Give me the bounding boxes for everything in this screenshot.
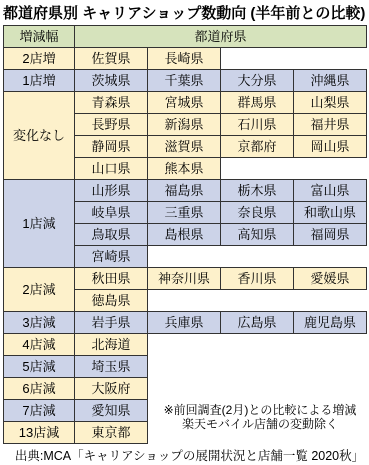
prefecture-cell: 新潟県: [148, 114, 221, 136]
prefecture-cell: 鳥取県: [75, 224, 148, 246]
empty-cell: [221, 48, 294, 70]
prefecture-cell: 高知県: [221, 224, 294, 246]
source-line: 出典:MCA「キャリアショップの展開状況と店舗一覧 2020秋」: [0, 446, 369, 464]
change-label-cell: 2店減: [4, 268, 75, 312]
empty-cell: [221, 246, 294, 268]
footnote-line-1: ※前回調査(2月)との比較による増減: [153, 404, 367, 418]
prefecture-cell: 長野県: [75, 114, 148, 136]
prefecture-cell: 福島県: [148, 180, 221, 202]
prefecture-cell: 香川県: [221, 268, 294, 290]
prefecture-cell: 愛知県: [75, 400, 148, 422]
prefecture-cell: 山形県: [75, 180, 148, 202]
empty-cell: [294, 334, 367, 356]
table-row: 2店増佐賀県長崎県: [4, 48, 367, 70]
prefecture-cell: 静岡県: [75, 136, 148, 158]
change-label-cell: 1店増: [4, 70, 75, 92]
empty-cell: [221, 356, 294, 378]
prefecture-cell: 埼玉県: [75, 356, 148, 378]
prefecture-cell: 千葉県: [148, 70, 221, 92]
prefecture-cell: 三重県: [148, 202, 221, 224]
prefecture-cell: 山梨県: [294, 92, 367, 114]
table-row: 6店減大阪府: [4, 378, 367, 400]
figure-canvas: 都道府県別 キャリアショップ数動向 (半年前との比較) 増減幅 都道府県 2店増…: [0, 0, 369, 465]
table-row: 4店減北海道: [4, 334, 367, 356]
prefecture-cell: 宮城県: [148, 92, 221, 114]
table-row: 1店増茨城県千葉県大分県沖縄県: [4, 70, 367, 92]
empty-cell: [221, 290, 294, 312]
change-label-cell: 7店減: [4, 400, 75, 422]
prefecture-cell: 岐阜県: [75, 202, 148, 224]
change-label-cell: 5店減: [4, 356, 75, 378]
prefecture-cell: 山口県: [75, 158, 148, 180]
prefecture-cell: 栃木県: [221, 180, 294, 202]
change-label-cell: 6店減: [4, 378, 75, 400]
change-label-cell: 13店減: [4, 422, 75, 444]
empty-cell: [221, 158, 294, 180]
prefecture-cell: 沖縄県: [294, 70, 367, 92]
prefecture-cell: 北海道: [75, 334, 148, 356]
empty-cell: [148, 334, 221, 356]
prefecture-cell: 滋賀県: [148, 136, 221, 158]
prefecture-cell: 岡山県: [294, 136, 367, 158]
prefecture-table: 増減幅 都道府県 2店増佐賀県長崎県1店増茨城県千葉県大分県沖縄県変化なし青森県…: [3, 25, 367, 444]
prefecture-cell: 奈良県: [221, 202, 294, 224]
prefecture-cell: 富山県: [294, 180, 367, 202]
table-row: 2店減秋田県神奈川県香川県愛媛県: [4, 268, 367, 290]
prefecture-cell: 広島県: [221, 312, 294, 334]
empty-cell: [294, 290, 367, 312]
prefecture-cell: 和歌山県: [294, 202, 367, 224]
prefecture-cell: 宮崎県: [75, 246, 148, 268]
empty-cell: [294, 356, 367, 378]
prefecture-cell: 兵庫県: [148, 312, 221, 334]
prefecture-cell: 福井県: [294, 114, 367, 136]
empty-cell: [148, 290, 221, 312]
empty-cell: [294, 158, 367, 180]
prefecture-cell: 茨城県: [75, 70, 148, 92]
empty-cell: [148, 378, 221, 400]
empty-cell: [148, 246, 221, 268]
table-header-row: 増減幅 都道府県: [4, 26, 367, 48]
table-row: 変化なし青森県宮城県群馬県山梨県: [4, 92, 367, 114]
prefecture-cell: 秋田県: [75, 268, 148, 290]
prefecture-cell: 徳島県: [75, 290, 148, 312]
empty-cell: [294, 48, 367, 70]
table-row: 1店減山形県福島県栃木県富山県: [4, 180, 367, 202]
empty-cell: [148, 356, 221, 378]
empty-cell: [294, 378, 367, 400]
empty-cell: [294, 246, 367, 268]
prefecture-cell: 神奈川県: [148, 268, 221, 290]
empty-cell: [221, 378, 294, 400]
prefecture-cell: 佐賀県: [75, 48, 148, 70]
prefecture-cell: 長崎県: [148, 48, 221, 70]
change-label-cell: 4店減: [4, 334, 75, 356]
prefecture-cell: 群馬県: [221, 92, 294, 114]
change-label-cell: 1店減: [4, 180, 75, 268]
prefecture-table-body: 増減幅 都道府県 2店増佐賀県長崎県1店増茨城県千葉県大分県沖縄県変化なし青森県…: [4, 26, 367, 444]
change-label-cell: 3店減: [4, 312, 75, 334]
prefecture-cell: 熊本県: [148, 158, 221, 180]
empty-cell: [221, 334, 294, 356]
prefecture-cell: 福岡県: [294, 224, 367, 246]
column-header-prefecture: 都道府県: [75, 26, 367, 48]
prefecture-cell: 大分県: [221, 70, 294, 92]
prefecture-cell: 東京都: [75, 422, 148, 444]
change-label-cell: 変化なし: [4, 92, 75, 180]
column-header-change: 増減幅: [4, 26, 75, 48]
prefecture-cell: 青森県: [75, 92, 148, 114]
table-row: 3店減岩手県兵庫県広島県鹿児島県: [4, 312, 367, 334]
change-label-cell: 2店増: [4, 48, 75, 70]
prefecture-cell: 石川県: [221, 114, 294, 136]
table-row: 5店減埼玉県: [4, 356, 367, 378]
prefecture-cell: 大阪府: [75, 378, 148, 400]
prefecture-cell: 島根県: [148, 224, 221, 246]
prefecture-cell: 岩手県: [75, 312, 148, 334]
footnote-line-2: 楽天モバイル店舗の変動除く: [153, 418, 367, 432]
page-title: 都道府県別 キャリアショップ数動向 (半年前との比較): [3, 2, 365, 23]
footnotes: ※前回調査(2月)との比較による増減 楽天モバイル店舗の変動除く: [153, 404, 367, 431]
prefecture-cell: 鹿児島県: [294, 312, 367, 334]
prefecture-cell: 愛媛県: [294, 268, 367, 290]
prefecture-cell: 京都府: [221, 136, 294, 158]
